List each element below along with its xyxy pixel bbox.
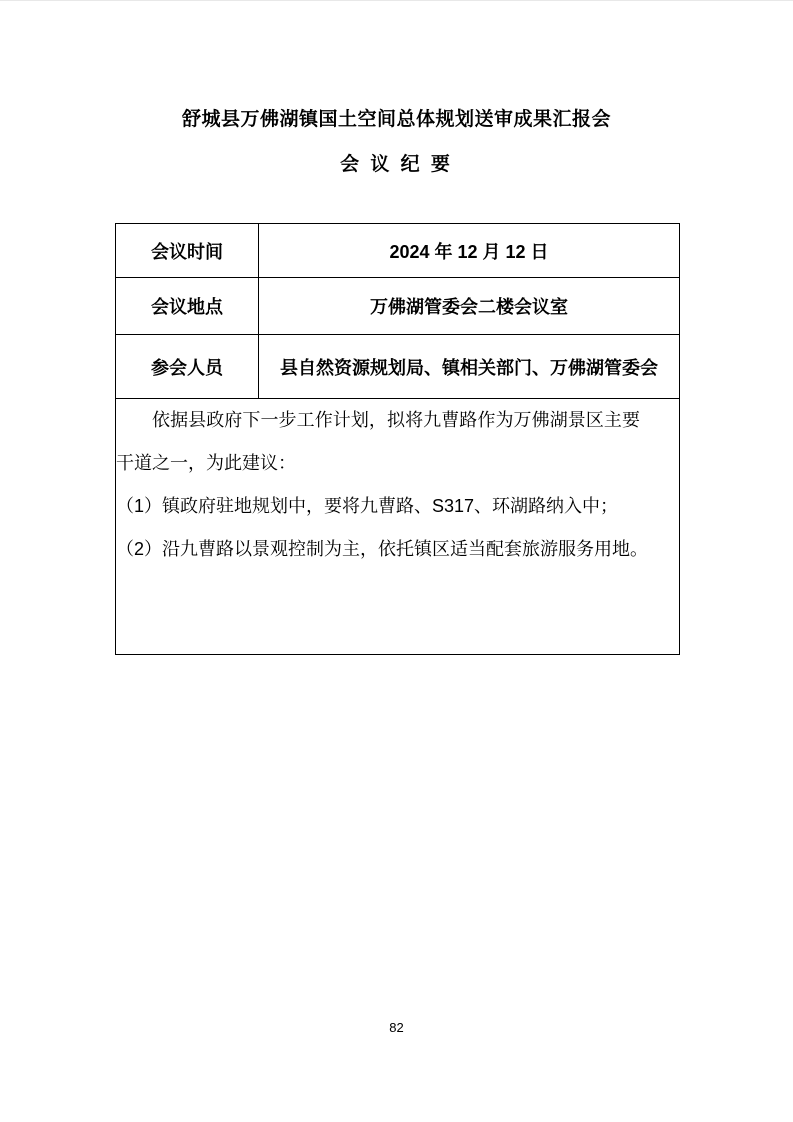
document-title: 舒城县万佛湖镇国土空间总体规划送审成果汇报会: [0, 104, 793, 131]
meeting-place-value: 万佛湖管委会二楼会议室: [259, 278, 680, 335]
table-row-meeting-summary: 依据县政府下一步工作计划，拟将九曹路作为万佛湖景区主要干道之一，为此建议： （1…: [116, 399, 680, 655]
summary-item-1: （1）镇政府驻地规划中，要将九曹路、S317、环湖路纳入中；: [116, 485, 679, 528]
summary-item-2: （2）沿九曹路以景观控制为主，依托镇区适当配套旅游服务用地。: [116, 528, 679, 571]
table-row-meeting-time: 会议时间 2024 年 12 月 12 日: [116, 224, 680, 278]
meeting-info-table: 会议时间 2024 年 12 月 12 日 会议地点 万佛湖管委会二楼会议室 参…: [115, 223, 680, 655]
meeting-time-value: 2024 年 12 月 12 日: [259, 224, 680, 278]
document-page: 舒城县万佛湖镇国土空间总体规划送审成果汇报会 会 议 纪 要 会议时间 2024…: [0, 0, 793, 1122]
page-number: 82: [0, 1020, 793, 1035]
table-row-meeting-attendees: 参会人员 县自然资源规划局、镇相关部门、万佛湖管委会: [116, 335, 680, 399]
meeting-summary-cell: 依据县政府下一步工作计划，拟将九曹路作为万佛湖景区主要干道之一，为此建议： （1…: [116, 399, 680, 655]
meeting-attendees-label: 参会人员: [116, 335, 259, 399]
meeting-time-label: 会议时间: [116, 224, 259, 278]
meeting-place-label: 会议地点: [116, 278, 259, 335]
summary-paragraph: 依据县政府下一步工作计划，拟将九曹路作为万佛湖景区主要干道之一，为此建议：: [116, 399, 640, 485]
document-subtitle: 会 议 纪 要: [0, 149, 793, 176]
table-row-meeting-place: 会议地点 万佛湖管委会二楼会议室: [116, 278, 680, 335]
meeting-attendees-value: 县自然资源规划局、镇相关部门、万佛湖管委会: [259, 335, 680, 399]
